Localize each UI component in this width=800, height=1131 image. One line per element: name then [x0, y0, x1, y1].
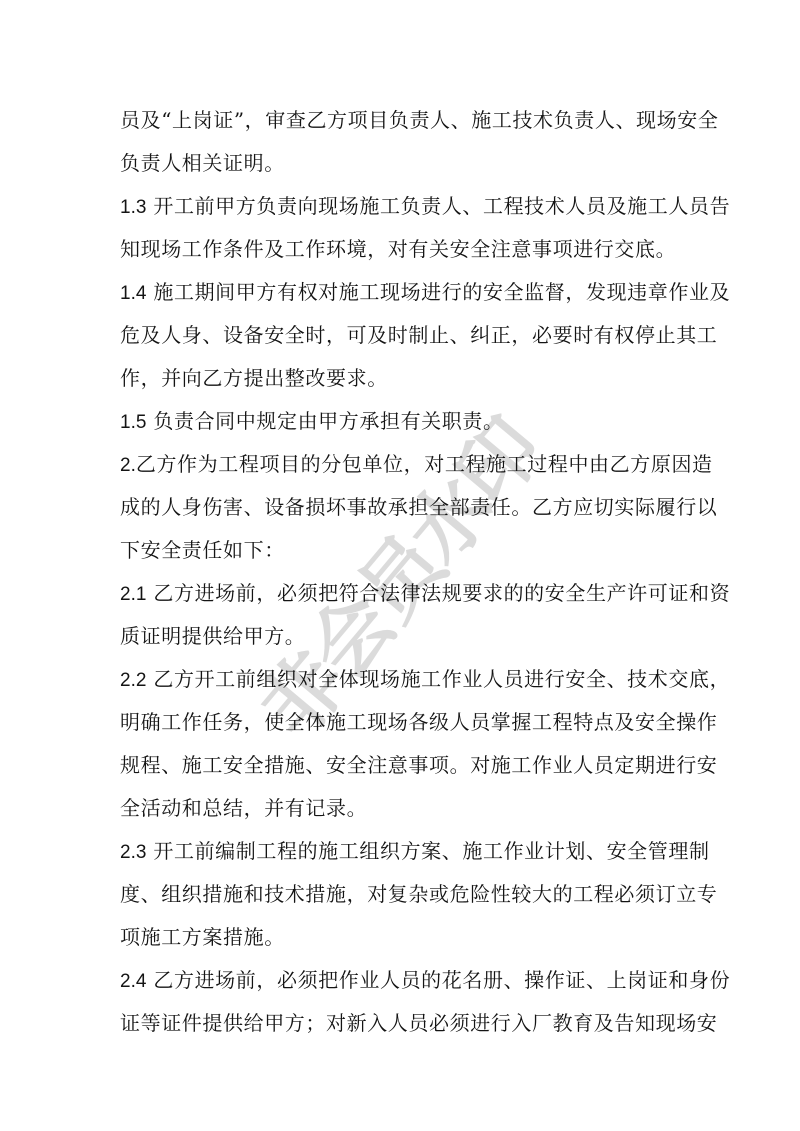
line-text: 员及“上岗证”，审查乙方项目负责人、施工技术负责人、现场安全 — [120, 108, 718, 132]
line-text: 度、组织措施和技术措施，对复杂或危险性较大的工程必须订立专 — [120, 882, 717, 906]
clause-number: 1.4 — [120, 283, 146, 304]
clause-number: 2.1 — [120, 584, 146, 605]
clause-1-3: 1.3 开工前甲方负责向现场施工负责人、工程技术人员及施工人员告 — [120, 185, 682, 228]
line-text: 下安全责任如下： — [120, 538, 285, 562]
line-text: 开工前甲方负责向现场施工负责人、工程技术人员及施工人员告 — [146, 194, 730, 218]
line-text: 乙方进场前，必须把符合法律法规要求的的安全生产许可证和资 — [146, 581, 730, 605]
line-text: 乙方开工前组织对全体现场施工作业人员进行安全、技术交底， — [146, 667, 730, 691]
clause-2-3: 2.3 开工前编制工程的施工组织方案、施工作业计划、安全管理制 — [120, 830, 682, 873]
text-line: 全活动和总结，并有记录。 — [120, 787, 682, 830]
line-text: 危及人身、设备安全时，可及时制止、纠正，必要时有权停止其工 — [120, 323, 717, 347]
line-text: 明确工作任务，使全体施工现场各级人员掌握工程特点及安全操作 — [120, 710, 717, 734]
line-text: 作，并向乙方提出整改要求。 — [120, 366, 388, 390]
line-text: 知现场工作条件及工作环境，对有关安全注意事项进行交底。 — [120, 237, 676, 261]
line-text: 规程、施工安全措施、安全注意事项。对施工作业人员定期进行安 — [120, 753, 717, 777]
text-line: 质证明提供给甲方。 — [120, 615, 682, 658]
clause-number: 2.2 — [120, 670, 146, 691]
line-text: 负责合同中规定由甲方承担有关职责。 — [146, 409, 503, 433]
clause-number: 1.5 — [120, 412, 146, 433]
clause-2-1: 2.1 乙方进场前，必须把符合法律法规要求的的安全生产许可证和资 — [120, 572, 682, 615]
clause-number: 2. — [120, 455, 136, 476]
clause-number: 2.4 — [120, 971, 146, 992]
text-line: 员及“上岗证”，审查乙方项目负责人、施工技术负责人、现场安全 — [120, 99, 682, 142]
text-line: 明确工作任务，使全体施工现场各级人员掌握工程特点及安全操作 — [120, 701, 682, 744]
text-line: 度、组织措施和技术措施，对复杂或危险性较大的工程必须订立专 — [120, 873, 682, 916]
clause-2-4: 2.4 乙方进场前，必须把作业人员的花名册、操作证、上岗证和身份 — [120, 959, 682, 1002]
text-line: 成的人身伤害、设备损坏事故承担全部责任。乙方应切实际履行以 — [120, 486, 682, 529]
text-line: 证等证件提供给甲方；对新入人员必须进行入厂教育及告知现场安 — [120, 1002, 682, 1045]
text-line: 下安全责任如下： — [120, 529, 682, 572]
line-text: 负责人相关证明。 — [120, 151, 285, 175]
line-text: 全活动和总结，并有记录。 — [120, 796, 367, 820]
line-text: 证等证件提供给甲方；对新入人员必须进行入厂教育及告知现场安 — [120, 1011, 717, 1035]
clause-number: 1.3 — [120, 197, 146, 218]
text-line: 危及人身、设备安全时，可及时制止、纠正，必要时有权停止其工 — [120, 314, 682, 357]
line-text: 成的人身伤害、设备损坏事故承担全部责任。乙方应切实际履行以 — [120, 495, 717, 519]
text-line: 负责人相关证明。 — [120, 142, 682, 185]
text-line: 规程、施工安全措施、安全注意事项。对施工作业人员定期进行安 — [120, 744, 682, 787]
clause-2-2: 2.2 乙方开工前组织对全体现场施工作业人员进行安全、技术交底， — [120, 658, 682, 701]
line-text: 开工前编制工程的施工组织方案、施工作业计划、安全管理制 — [146, 839, 709, 863]
line-text: 质证明提供给甲方。 — [120, 624, 305, 648]
clause-1-5: 1.5 负责合同中规定由甲方承担有关职责。 — [120, 400, 682, 443]
clause-1-4: 1.4 施工期间甲方有权对施工现场进行的安全监督，发现违章作业及 — [120, 271, 682, 314]
line-text: 乙方进场前，必须把作业人员的花名册、操作证、上岗证和身份 — [146, 968, 730, 992]
text-line: 项施工方案措施。 — [120, 916, 682, 959]
clause-number: 2.3 — [120, 842, 146, 863]
document-body: 员及“上岗证”，审查乙方项目负责人、施工技术负责人、现场安全 负责人相关证明。 … — [120, 99, 682, 1045]
text-line: 作，并向乙方提出整改要求。 — [120, 357, 682, 400]
line-text: 施工期间甲方有权对施工现场进行的安全监督，发现违章作业及 — [146, 280, 730, 304]
line-text: 乙方作为工程项目的分包单位，对工程施工过程中由乙方原因造 — [136, 452, 713, 476]
line-text: 项施工方案措施。 — [120, 925, 285, 949]
text-line: 知现场工作条件及工作环境，对有关安全注意事项进行交底。 — [120, 228, 682, 271]
clause-2: 2.乙方作为工程项目的分包单位，对工程施工过程中由乙方原因造 — [120, 443, 682, 486]
document-page: 员及“上岗证”，审查乙方项目负责人、施工技术负责人、现场安全 负责人相关证明。 … — [0, 0, 800, 1131]
